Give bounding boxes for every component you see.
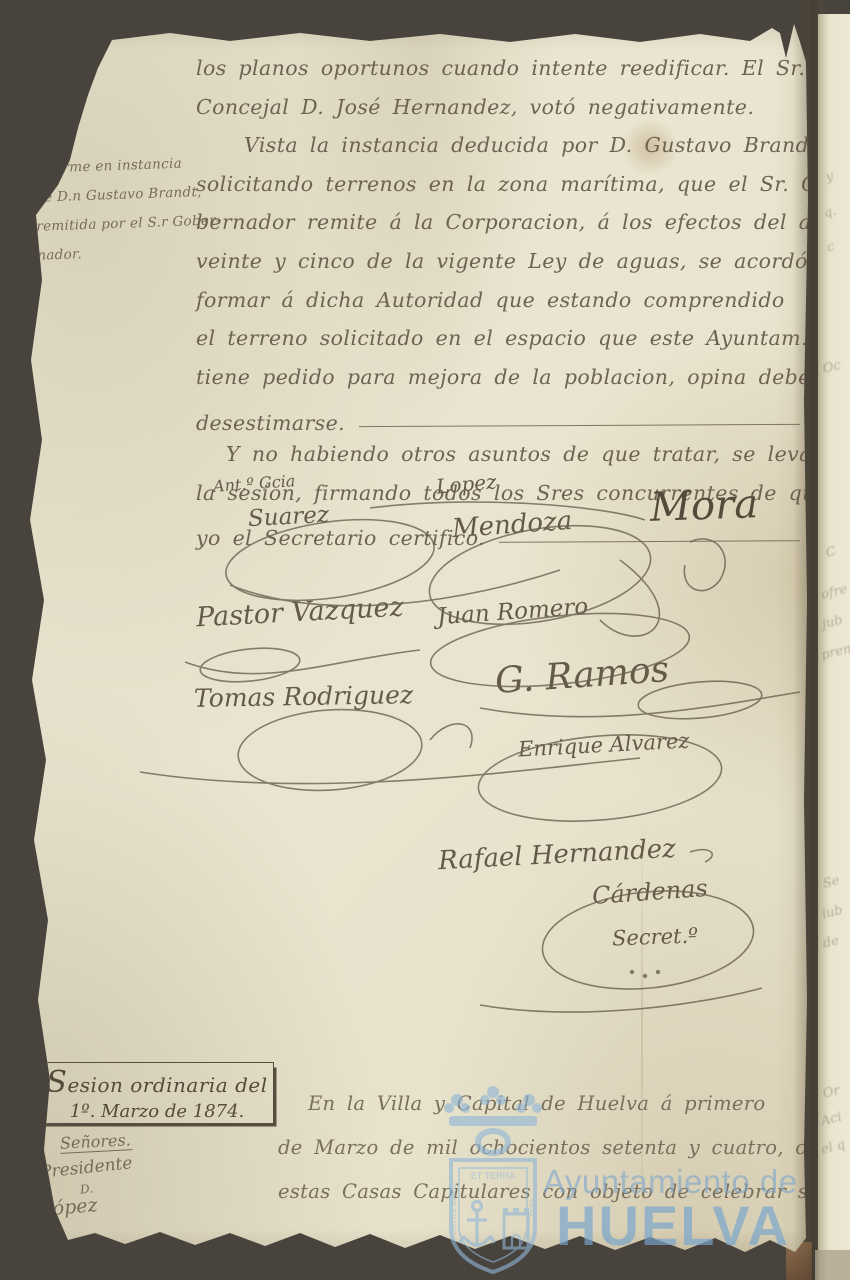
- signature-g-ramos: G. Ramos: [494, 649, 670, 702]
- attendees-header: Señores.: [60, 1130, 133, 1154]
- body-line-text: desestimarse.: [196, 411, 345, 435]
- signature-pastor-vazquez: Pastor Vazquez: [195, 592, 404, 634]
- signature-juan-romero: Juan Romero: [436, 594, 589, 630]
- margin-note-line: nador.: [37, 242, 196, 276]
- body-line: veinte y cinco de la vigente Ley de agua…: [196, 249, 810, 288]
- signature-suarez: Suarez: [247, 502, 329, 532]
- closing-rule-line: [359, 424, 800, 427]
- signature-cardenas: Cárdenas: [591, 874, 708, 910]
- scanned-document-page: { "scan": { "background_color": "#48443d…: [0, 0, 850, 1280]
- body-line: tiene pedido para mejora de la poblacion…: [196, 365, 810, 404]
- session-header-box: Sesion ordinaria del 1º. Marzo de 1874.: [40, 1062, 274, 1124]
- watermark-city-text: HUELVA: [556, 1193, 790, 1258]
- page-fold-shadow: [793, 0, 827, 1280]
- crown-icon: [444, 1086, 542, 1126]
- huelva-crest-watermark-icon: ET TERRA PORTUS MARIS VIDO: [423, 1080, 563, 1280]
- signature-tomas-rodriguez: Tomas Rodriguez: [194, 680, 414, 713]
- margin-note: Informe en instancia de D.n Gustavo Bran…: [34, 155, 196, 276]
- crest-motto-top: ET TERRA: [471, 1171, 515, 1181]
- signature-mora: Mora: [649, 481, 759, 531]
- anchor-icon: [460, 1202, 494, 1248]
- body-line: Concejal D. José Hernandez, votó negativ…: [196, 95, 810, 134]
- crest-ring: [478, 1131, 508, 1153]
- secretary-title: Secret.º: [612, 924, 699, 951]
- body-line: Vista la instancia deducida por D. Gusta…: [196, 133, 810, 172]
- body-line: bernador remite á la Corporacion, á los …: [196, 210, 810, 249]
- body-line: formar á dicha Autoridad que estando com…: [196, 288, 810, 327]
- crest-motto-left: PORTUS MARIS: [449, 1183, 458, 1240]
- session-date: 1º. Marzo de 1874.: [41, 1101, 273, 1122]
- signature-enrique-alvarez: Enrique Alvarez: [517, 729, 690, 762]
- body-line: los planos oportunos cuando intente reed…: [196, 56, 810, 95]
- attendees-list: Señores. Presidente D. López: [40, 1132, 133, 1217]
- body-line: solicitando terrenos en la zona marítima…: [196, 172, 810, 211]
- body-line: desestimarse.: [196, 403, 810, 442]
- session-title: Sesion ordinaria del: [41, 1065, 273, 1100]
- attendee-name: López: [39, 1191, 133, 1221]
- body-line: el terreno solicitado en el espacio que …: [196, 326, 810, 365]
- closing-rule-line: [499, 540, 800, 543]
- body-line-text: yo el Secretario certifico.: [196, 526, 485, 550]
- tower-icon: [503, 1208, 529, 1248]
